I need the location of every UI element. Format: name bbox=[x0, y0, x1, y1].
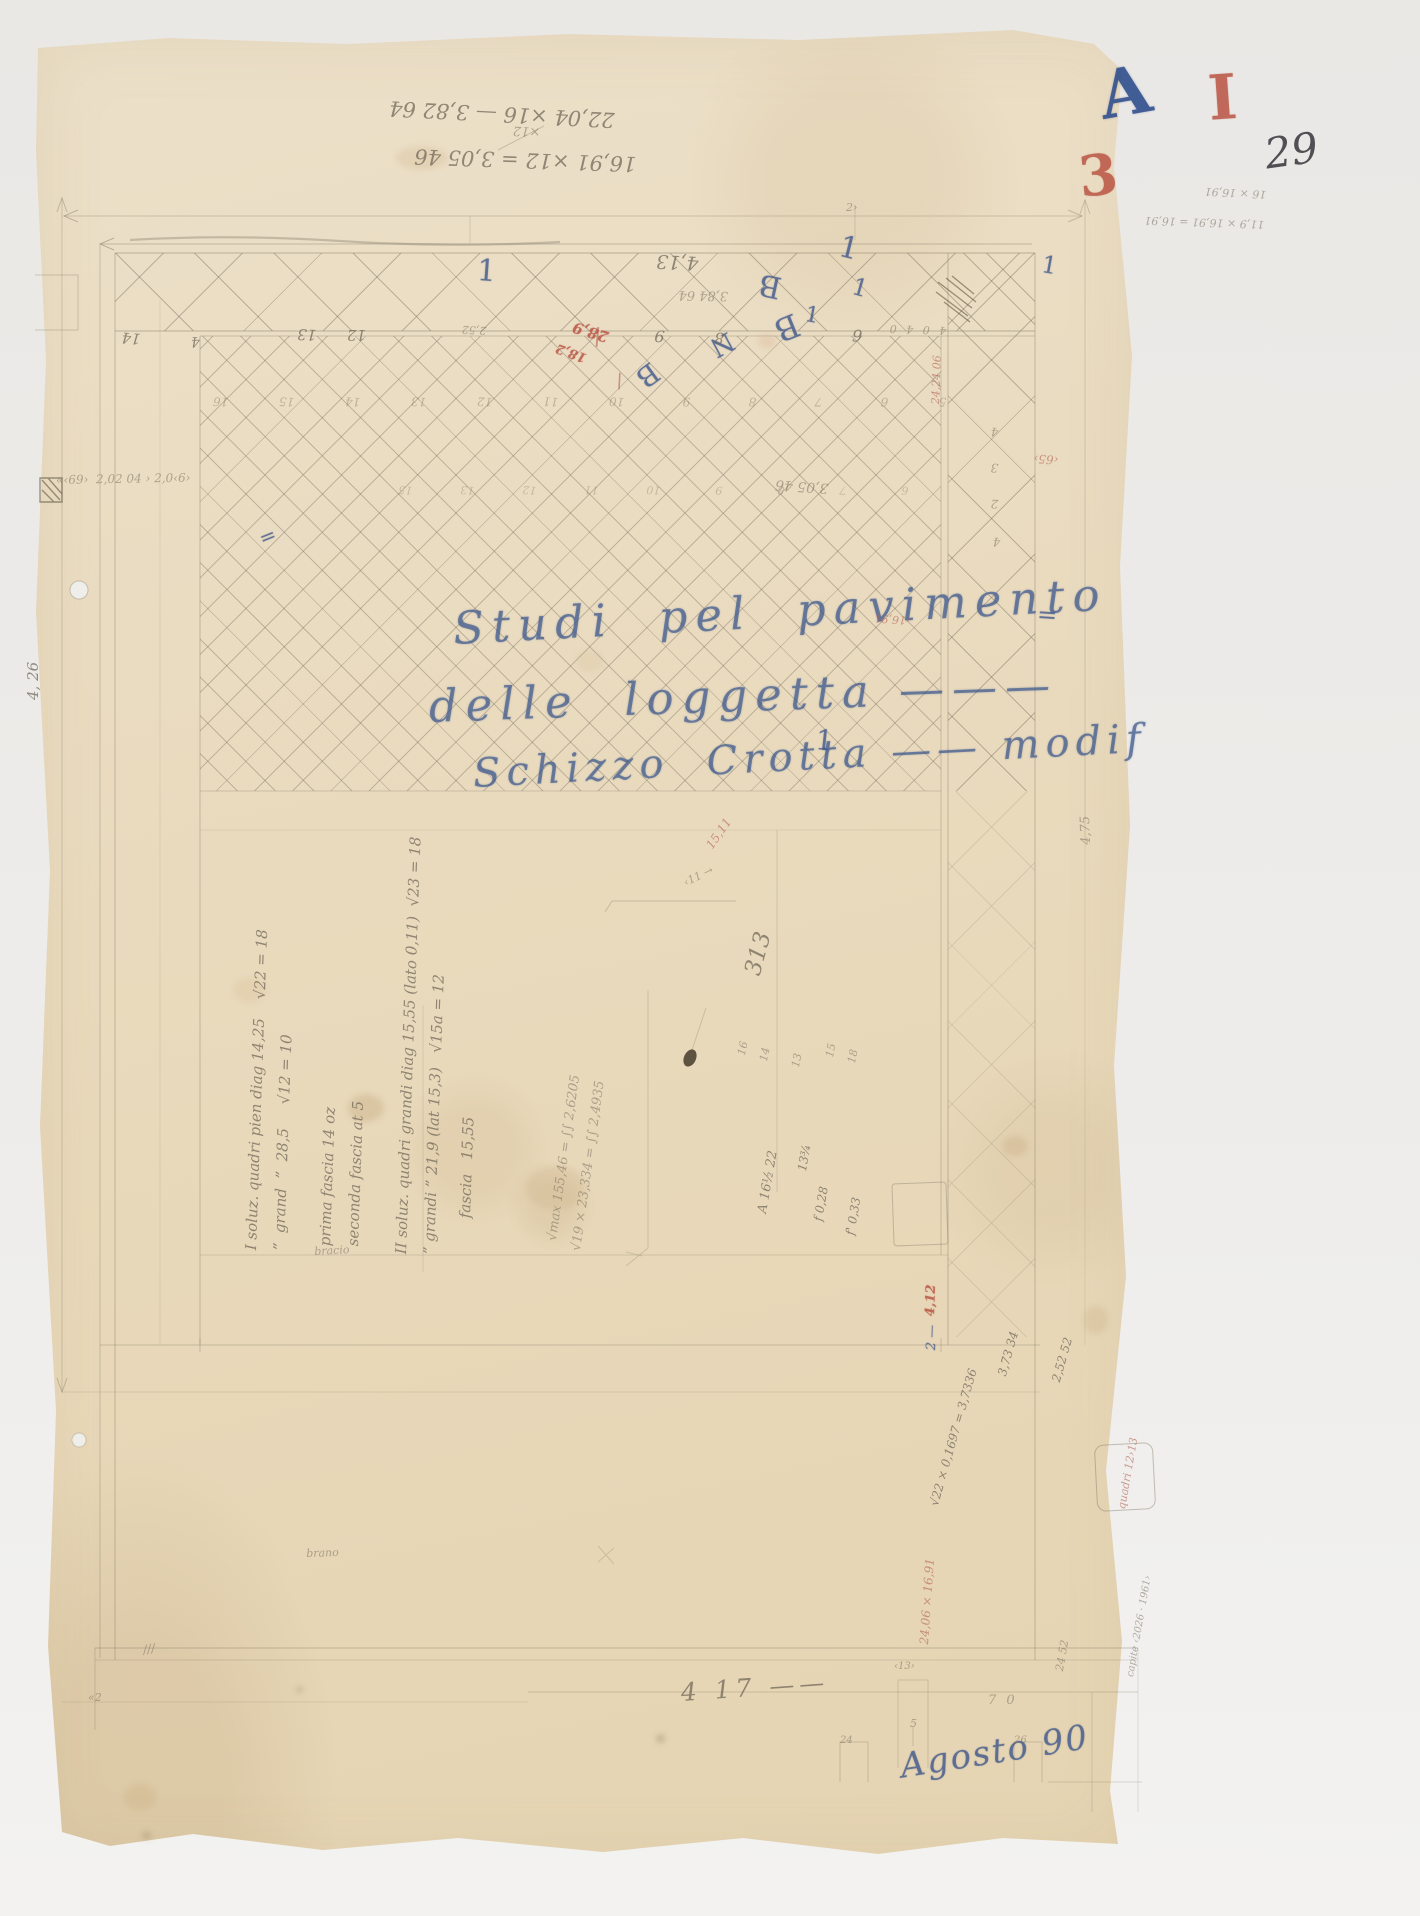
note-topright-2: 11,9 × 16,91 = 16,91 bbox=[1144, 215, 1264, 230]
folio-number: 29 bbox=[1262, 127, 1321, 176]
box-note-quadri: quadri 12›13 bbox=[1116, 1437, 1139, 1510]
paper-sheet bbox=[28, 26, 1142, 1868]
vert-capite: capite ‹2026 · 1961› bbox=[1126, 1575, 1154, 1678]
left-vert-4-26: 4, 26 bbox=[26, 662, 41, 700]
note-topright-1: 16 × 16,91 bbox=[1204, 186, 1266, 200]
scan-surface: Studi pel pavimentodelle loggetta ———Sch… bbox=[0, 0, 1420, 1916]
mark-numeral-i: I bbox=[1206, 66, 1239, 130]
